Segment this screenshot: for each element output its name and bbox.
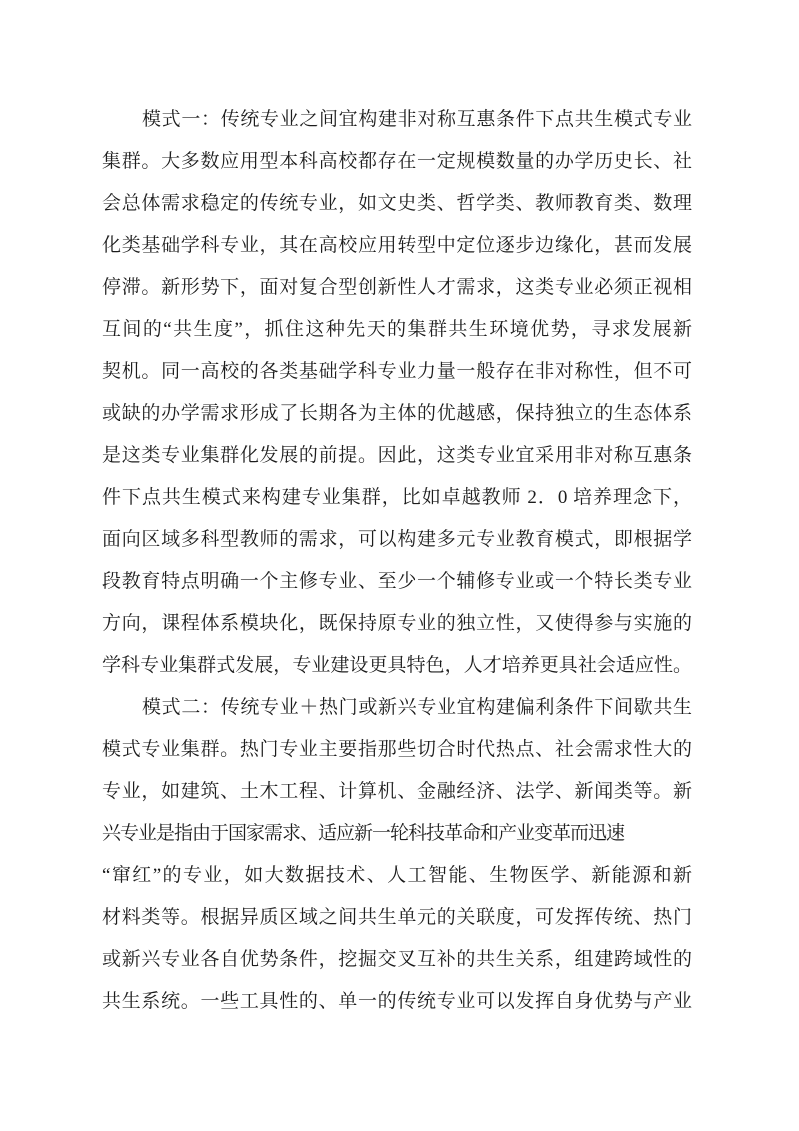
text-line: 共生系统。一些工具性的、单一的传统专业可以发挥自身优势与产业: [102, 981, 692, 1023]
text-line: 契机。同一高校的各类基础学科专业力量一般存在非对称性，但不可: [102, 351, 692, 393]
paragraph-mode-one: 模式一：传统专业之间宜构建非对称互惠条件下点共生模式专业 集群。大多数应用型本科…: [102, 99, 692, 687]
text-line: 模式专业集群。热门专业主要指那些切合时代热点、社会需求性大的: [102, 729, 692, 771]
text-line: 面向区域多科型教师的需求，可以构建多元专业教育模式，即根据学: [102, 519, 692, 561]
text-line: 互间的“共生度”，抓住这种先天的集群共生环境优势，寻求发展新: [102, 309, 692, 351]
text-line: 集群。大多数应用型本科高校都存在一定规模数量的办学历史长、社: [102, 141, 692, 183]
document-text-block: 模式一：传统专业之间宜构建非对称互惠条件下点共生模式专业 集群。大多数应用型本科…: [102, 99, 692, 1023]
text-line: 件下点共生模式来构建专业集群，比如卓越教师 2．0 培养理念下，: [102, 477, 692, 519]
text-line: 专业，如建筑、土木工程、计算机、金融经济、法学、新闻类等。新: [102, 771, 692, 813]
text-line: 或缺的办学需求形成了长期各为主体的优越感，保持独立的生态体系: [102, 393, 692, 435]
document-page: 模式一：传统专业之间宜构建非对称互惠条件下点共生模式专业 集群。大多数应用型本科…: [0, 0, 799, 1131]
paragraph-mode-two: 模式二：传统专业＋热门或新兴专业宜构建偏利条件下间歇共生 模式专业集群。热门专业…: [102, 687, 692, 1023]
text-line: 兴专业是指由于国家需求、适应新一轮科技革命和产业变革而迅速: [102, 813, 692, 855]
text-line: 化类基础学科专业，其在高校应用转型中定位逐步边缘化，甚而发展: [102, 225, 692, 267]
text-line: 是这类专业集群化发展的前提。因此，这类专业宜采用非对称互惠条: [102, 435, 692, 477]
text-line: 停滞。新形势下，面对复合型创新性人才需求，这类专业必须正视相: [102, 267, 692, 309]
text-line: 或新兴专业各自优势条件，挖掘交叉互补的共生关系，组建跨域性的: [102, 939, 692, 981]
text-line: 段教育特点明确一个主修专业、至少一个辅修专业或一个特长类专业: [102, 561, 692, 603]
text-line: 学科专业集群式发展，专业建设更具特色，人才培养更具社会适应性。: [102, 645, 692, 687]
text-line: “窜红”的专业，如大数据技术、人工智能、生物医学、新能源和新: [102, 855, 692, 897]
text-line: 会总体需求稳定的传统专业，如文史类、哲学类、教师教育类、数理: [102, 183, 692, 225]
text-line: 材料类等。根据异质区域之间共生单元的关联度，可发挥传统、热门: [102, 897, 692, 939]
text-line: 方向，课程体系模块化，既保持原专业的独立性，又使得参与实施的: [102, 603, 692, 645]
text-line: 模式二：传统专业＋热门或新兴专业宜构建偏利条件下间歇共生: [102, 687, 692, 729]
text-line: 模式一：传统专业之间宜构建非对称互惠条件下点共生模式专业: [102, 99, 692, 141]
